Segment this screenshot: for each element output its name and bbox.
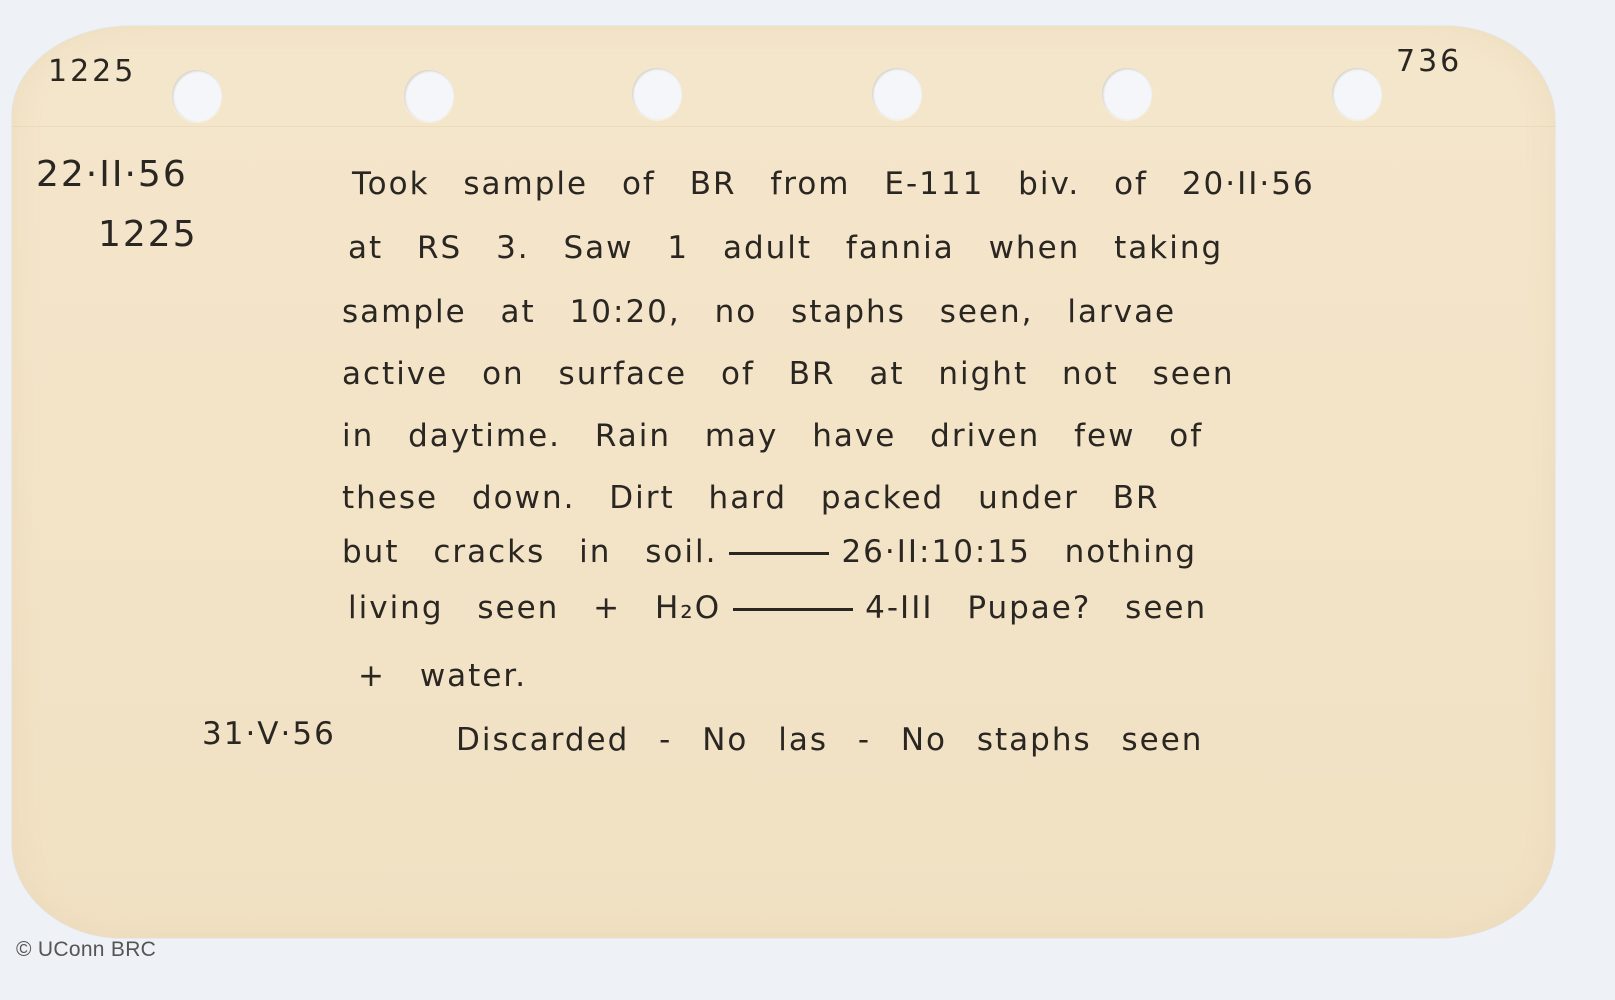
note-line-1: Took sample of BR from E-111 biv. of 20·… bbox=[352, 166, 1315, 202]
entry-number: 1225 bbox=[98, 214, 198, 255]
entry-date: 22·II·56 bbox=[36, 154, 188, 195]
punch-hole bbox=[632, 68, 682, 120]
note-line-4: active on surface of BR at night not see… bbox=[342, 356, 1235, 392]
note-line-7: but cracks in soil.26·II:10:15 nothing bbox=[342, 534, 1197, 570]
note-line-6: these down. Dirt hard packed under BR bbox=[342, 480, 1160, 516]
punch-hole bbox=[1102, 68, 1152, 120]
index-card: 1225 736 22·II·56 1225 Took sample of BR… bbox=[12, 26, 1555, 938]
punch-hole bbox=[872, 68, 922, 120]
note-line-8: living seen + H₂O4-III Pupae? seen bbox=[348, 590, 1207, 626]
final-entry-text: Discarded - No las - No staphs seen bbox=[456, 722, 1203, 758]
note-line-9: + water. bbox=[358, 658, 527, 694]
note-line-7-followup: 26·II:10:15 nothing bbox=[841, 534, 1197, 570]
note-line-2: at RS 3. Saw 1 adult fannia when taking bbox=[348, 230, 1223, 266]
punch-hole bbox=[1332, 68, 1382, 120]
dash-separator bbox=[729, 552, 829, 555]
final-entry-date: 31·V·56 bbox=[202, 716, 336, 752]
card-number-top-right: 736 bbox=[1396, 44, 1462, 79]
punch-hole bbox=[404, 70, 454, 122]
dash-separator bbox=[733, 608, 853, 611]
card-number-top-left: 1225 bbox=[48, 54, 136, 89]
note-line-8-text: living seen + H₂O bbox=[348, 590, 721, 626]
copyright-watermark: © UConn BRC bbox=[16, 938, 156, 962]
note-line-3: sample at 10:20, no staphs seen, larvae bbox=[342, 294, 1176, 330]
note-line-8-followup: 4-III Pupae? seen bbox=[865, 590, 1207, 626]
note-line-7-text: but cracks in soil. bbox=[342, 534, 717, 570]
punch-hole bbox=[172, 70, 222, 122]
note-line-5: in daytime. Rain may have driven few of bbox=[342, 418, 1203, 454]
